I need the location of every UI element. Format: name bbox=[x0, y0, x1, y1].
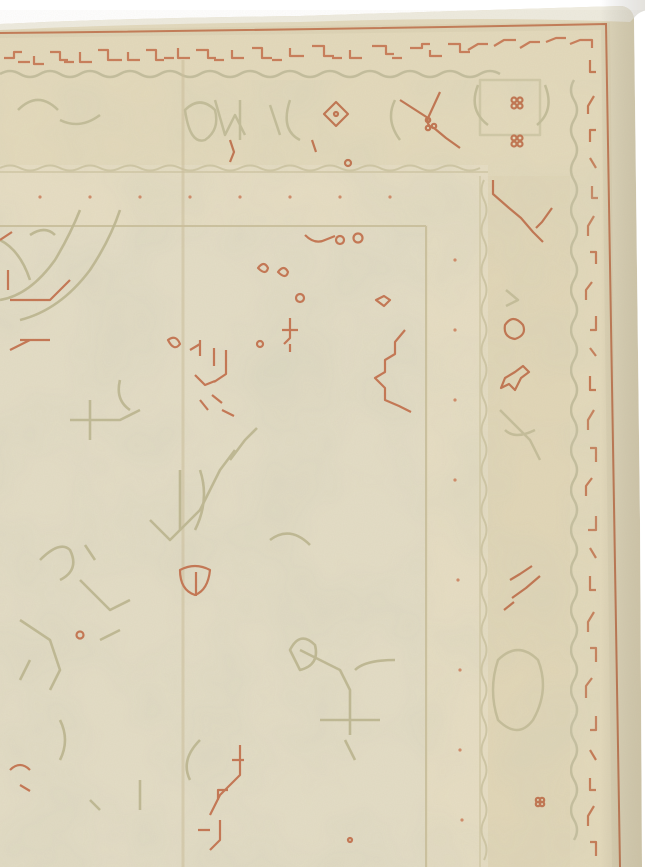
rug-photo bbox=[0, 0, 650, 867]
